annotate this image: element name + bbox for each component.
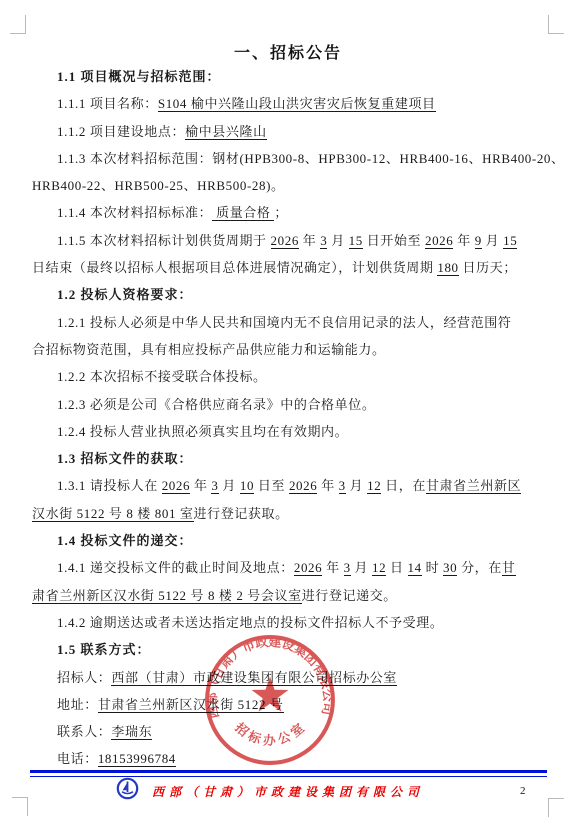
doc-text: 月 [351, 560, 372, 575]
doc-text: 1.1.3 本次材料招标范围：钢材(HPB300-8、HPB300-12、HRB… [57, 151, 565, 166]
filled-blank-value: 12 [367, 478, 381, 494]
doc-line: 1.4.2 逾期送达或者未送达指定地点的投标文件招标人不予受理。 [32, 609, 547, 636]
doc-line: 1.2.4 投标人营业执照必须真实且均在有效期内。 [32, 418, 547, 445]
filled-blank-value: 15 [349, 233, 363, 249]
filled-blank-value: 18153996784 [98, 751, 176, 767]
doc-text: 1.2.4 投标人营业执照必须真实且均在有效期内。 [57, 424, 348, 439]
text-boundary-mark-top-left [10, 15, 26, 34]
filled-blank-value: 2026 [271, 233, 299, 249]
doc-line: 1.1.5 本次材料招标计划供货周期于 2026 年 3 月 15 日开始至 2… [32, 227, 547, 254]
filled-blank-value: 30 [443, 560, 457, 576]
doc-text: 月 [482, 233, 503, 248]
page-title: 一、招标公告 [0, 40, 576, 63]
doc-line: 招标人：西部（甘肃）市政建设集团有限公司招标办公室 [32, 664, 547, 691]
doc-line: 1.1 项目概况与招标范围： [32, 63, 547, 90]
doc-text: 年 [190, 478, 211, 493]
doc-line: 1.4 投标文件的递交： [32, 527, 547, 554]
filled-blank-value: 质量合格 [212, 205, 274, 221]
text-boundary-mark-bottom-right [548, 798, 564, 817]
filled-blank-value: 14 [408, 560, 422, 576]
text-boundary-mark-bottom-left [12, 797, 28, 816]
doc-text: 1.2.3 必须是公司《合格供应商名录》中的合格单位。 [57, 397, 375, 412]
filled-blank-value: 2026 [162, 478, 190, 494]
doc-text: 1.2.2 本次招标不接受联合体投标。 [57, 369, 267, 384]
doc-line: 联系人：李瑞东 [32, 718, 547, 745]
doc-text: 1.5 联系方式： [57, 642, 151, 657]
doc-text: 分，在 [457, 560, 502, 575]
filled-blank-value: 12 [372, 560, 386, 576]
filled-blank-value: 肃省兰州新区汉水街 5122 号 8 楼 2 号会议室 [32, 588, 302, 604]
doc-line: 1.2.1 投标人必须是中华人民共和国境内无不良信用记录的法人，经营范围符 [32, 309, 547, 336]
doc-text: 1.1.2 项目建设地点： [57, 124, 185, 139]
doc-text: 地址： [57, 697, 98, 712]
doc-line: 日结束（最终以招标人根据项目总体进展情况确定），计划供货周期 180 日历天； [32, 254, 547, 281]
doc-line: 1.1.3 本次材料招标范围：钢材(HPB300-8、HPB300-12、HRB… [32, 145, 547, 172]
filled-blank-value: 李瑞东 [111, 724, 152, 740]
doc-text: 招标人： [57, 670, 111, 685]
doc-text: 1.1.4 本次材料招标标准： [57, 205, 212, 220]
doc-text: 日 [386, 560, 407, 575]
filled-blank-value: 西部（甘肃）市政建设集团有限公司招标办公室 [111, 670, 397, 686]
document-body: 1.1 项目概况与招标范围：1.1.1 项目名称：S104 榆中兴隆山段山洪灾害… [32, 63, 547, 773]
doc-text: 1.2 投标人资格要求： [57, 287, 193, 302]
doc-line: 1.2 投标人资格要求： [32, 281, 547, 308]
doc-text: 1.4 投标文件的递交： [57, 533, 193, 548]
doc-line: 1.2.3 必须是公司《合格供应商名录》中的合格单位。 [32, 391, 547, 418]
filled-blank-value: 3 [211, 478, 218, 494]
doc-text: 1.1.1 项目名称： [57, 96, 158, 111]
filled-blank-value: 9 [475, 233, 482, 249]
doc-text: 联系人： [57, 724, 111, 739]
doc-text: 年 [453, 233, 474, 248]
doc-text: 1.3 招标文件的获取： [57, 451, 193, 466]
doc-text: ； [274, 205, 288, 220]
doc-line: 地址：甘肃省兰州新区汉水街 5122 号 [32, 691, 547, 718]
doc-line: 1.2.2 本次招标不接受联合体投标。 [32, 363, 547, 390]
doc-text: 月 [219, 478, 240, 493]
filled-blank-value: 2026 [425, 233, 453, 249]
filled-blank-value: 15 [503, 233, 517, 249]
filled-blank-value: 3 [339, 478, 346, 494]
doc-line: 1.3 招标文件的获取： [32, 445, 547, 472]
filled-blank-value: 2026 [294, 560, 322, 576]
doc-text: 日开始至 [363, 233, 425, 248]
footer-rule-thick [30, 770, 547, 773]
doc-line: 1.1.1 项目名称：S104 榆中兴隆山段山洪灾害灾后恢复重建项目 [32, 90, 547, 117]
doc-text: HRB400-22、HRB500-25、HRB500-28)。 [32, 178, 285, 193]
doc-text: 日，在 [381, 478, 426, 493]
doc-text: 1.1 项目概况与招标范围： [57, 69, 221, 84]
doc-line: 汉水街 5122 号 8 楼 801 室进行登记获取。 [32, 500, 547, 527]
filled-blank-value: 甘 [502, 560, 516, 576]
doc-text: 1.4.1 递交投标文件的截止时间及地点： [57, 560, 294, 575]
doc-text: 年 [317, 478, 338, 493]
filled-blank-value: 甘肃省兰州新区 [426, 478, 521, 494]
doc-text: 日结束（最终以招标人根据项目总体进展情况确定），计划供货周期 [32, 260, 437, 275]
filled-blank-value: 10 [240, 478, 254, 494]
doc-line: 1.1.2 项目建设地点：榆中县兴隆山 [32, 118, 547, 145]
doc-text: 1.4.2 逾期送达或者未送达指定地点的投标文件招标人不予受理。 [57, 615, 443, 630]
page-number: 2 [520, 785, 526, 797]
footer-company-name: 西部（甘肃）市政建设集团有限公司 [60, 783, 516, 800]
doc-line: HRB400-22、HRB500-25、HRB500-28)。 [32, 172, 547, 199]
doc-text: 1.3.1 请投标人在 [57, 478, 162, 493]
filled-blank-value: 2026 [289, 478, 317, 494]
doc-text: 月 [346, 478, 367, 493]
filled-blank-value: 甘肃省兰州新区汉水街 5122 号 [98, 697, 284, 713]
doc-text: 日至 [254, 478, 289, 493]
doc-line: 1.5 联系方式： [32, 636, 547, 663]
doc-text: 年 [322, 560, 343, 575]
footer-rule-thin [30, 776, 547, 777]
doc-line: 合招标物资范围，具有相应投标产品供应能力和运输能力。 [32, 336, 547, 363]
doc-line: 肃省兰州新区汉水街 5122 号 8 楼 2 号会议室进行登记递交。 [32, 582, 547, 609]
doc-text: 电话： [57, 751, 98, 766]
doc-text: 月 [327, 233, 348, 248]
doc-line: 电话：18153996784 [32, 745, 547, 772]
filled-blank-value: 180 [437, 260, 458, 276]
text-boundary-mark-top-right [548, 15, 564, 34]
filled-blank-value: 榆中县兴隆山 [185, 124, 267, 140]
document-page: 一、招标公告 1.1 项目概况与招标范围：1.1.1 项目名称：S104 榆中兴… [0, 0, 576, 833]
doc-text: 年 [299, 233, 320, 248]
doc-text: 日历天； [459, 260, 517, 275]
filled-blank-value: 汉水街 5122 号 8 楼 801 室 [32, 506, 194, 522]
doc-text: 1.2.1 投标人必须是中华人民共和国境内无不良信用记录的法人，经营范围符 [57, 315, 511, 330]
doc-text: 进行登记获取。 [194, 506, 289, 521]
doc-line: 1.3.1 请投标人在 2026 年 3 月 10 日至 2026 年 3 月 … [32, 472, 547, 499]
filled-blank-value: S104 榆中兴隆山段山洪灾害灾后恢复重建项目 [158, 96, 436, 112]
doc-text: 合招标物资范围，具有相应投标产品供应能力和运输能力。 [32, 342, 386, 357]
doc-text: 进行登记递交。 [302, 588, 397, 603]
doc-text: 1.1.5 本次材料招标计划供货周期于 [57, 233, 271, 248]
doc-line: 1.4.1 递交投标文件的截止时间及地点：2026 年 3 月 12 日 14 … [32, 554, 547, 581]
doc-text: 时 [422, 560, 443, 575]
filled-blank-value: 3 [344, 560, 351, 576]
doc-line: 1.1.4 本次材料招标标准： 质量合格 ； [32, 199, 547, 226]
